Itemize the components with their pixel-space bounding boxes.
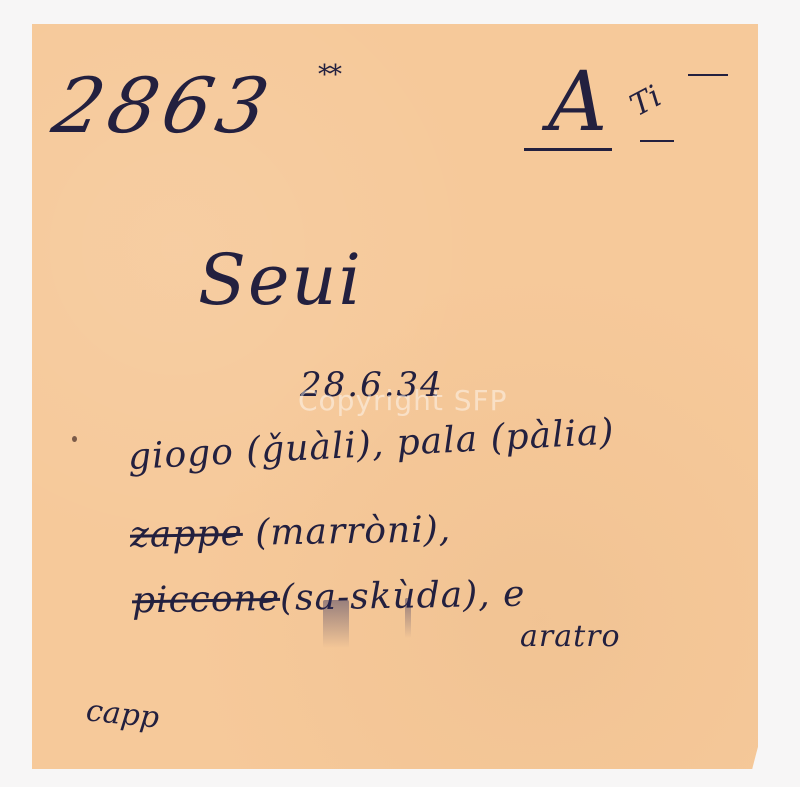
- catalog-marks: **: [318, 62, 340, 88]
- catalog-number: 2863: [47, 68, 281, 144]
- series-letter: A: [548, 62, 607, 144]
- annotation-bar: [688, 74, 728, 76]
- watermark: Copyright SFP: [298, 384, 507, 417]
- ink-smear: [405, 598, 411, 638]
- annotation-strike: [640, 140, 674, 142]
- struck-word: zappe: [130, 513, 244, 556]
- note-line-3-text: (sa-skùda), e: [280, 574, 526, 619]
- struck-word: piccone: [132, 578, 281, 622]
- place-name: Seui: [198, 245, 363, 315]
- note-line-4: aratro: [520, 622, 621, 652]
- paper-speck: [72, 436, 77, 442]
- note-line-2: zappe (marròni),: [130, 512, 452, 554]
- ink-smear: [323, 600, 349, 648]
- note-line-2-text: (marròni),: [242, 509, 451, 554]
- signature: capp: [85, 696, 161, 733]
- series-letter-underline: [524, 148, 612, 151]
